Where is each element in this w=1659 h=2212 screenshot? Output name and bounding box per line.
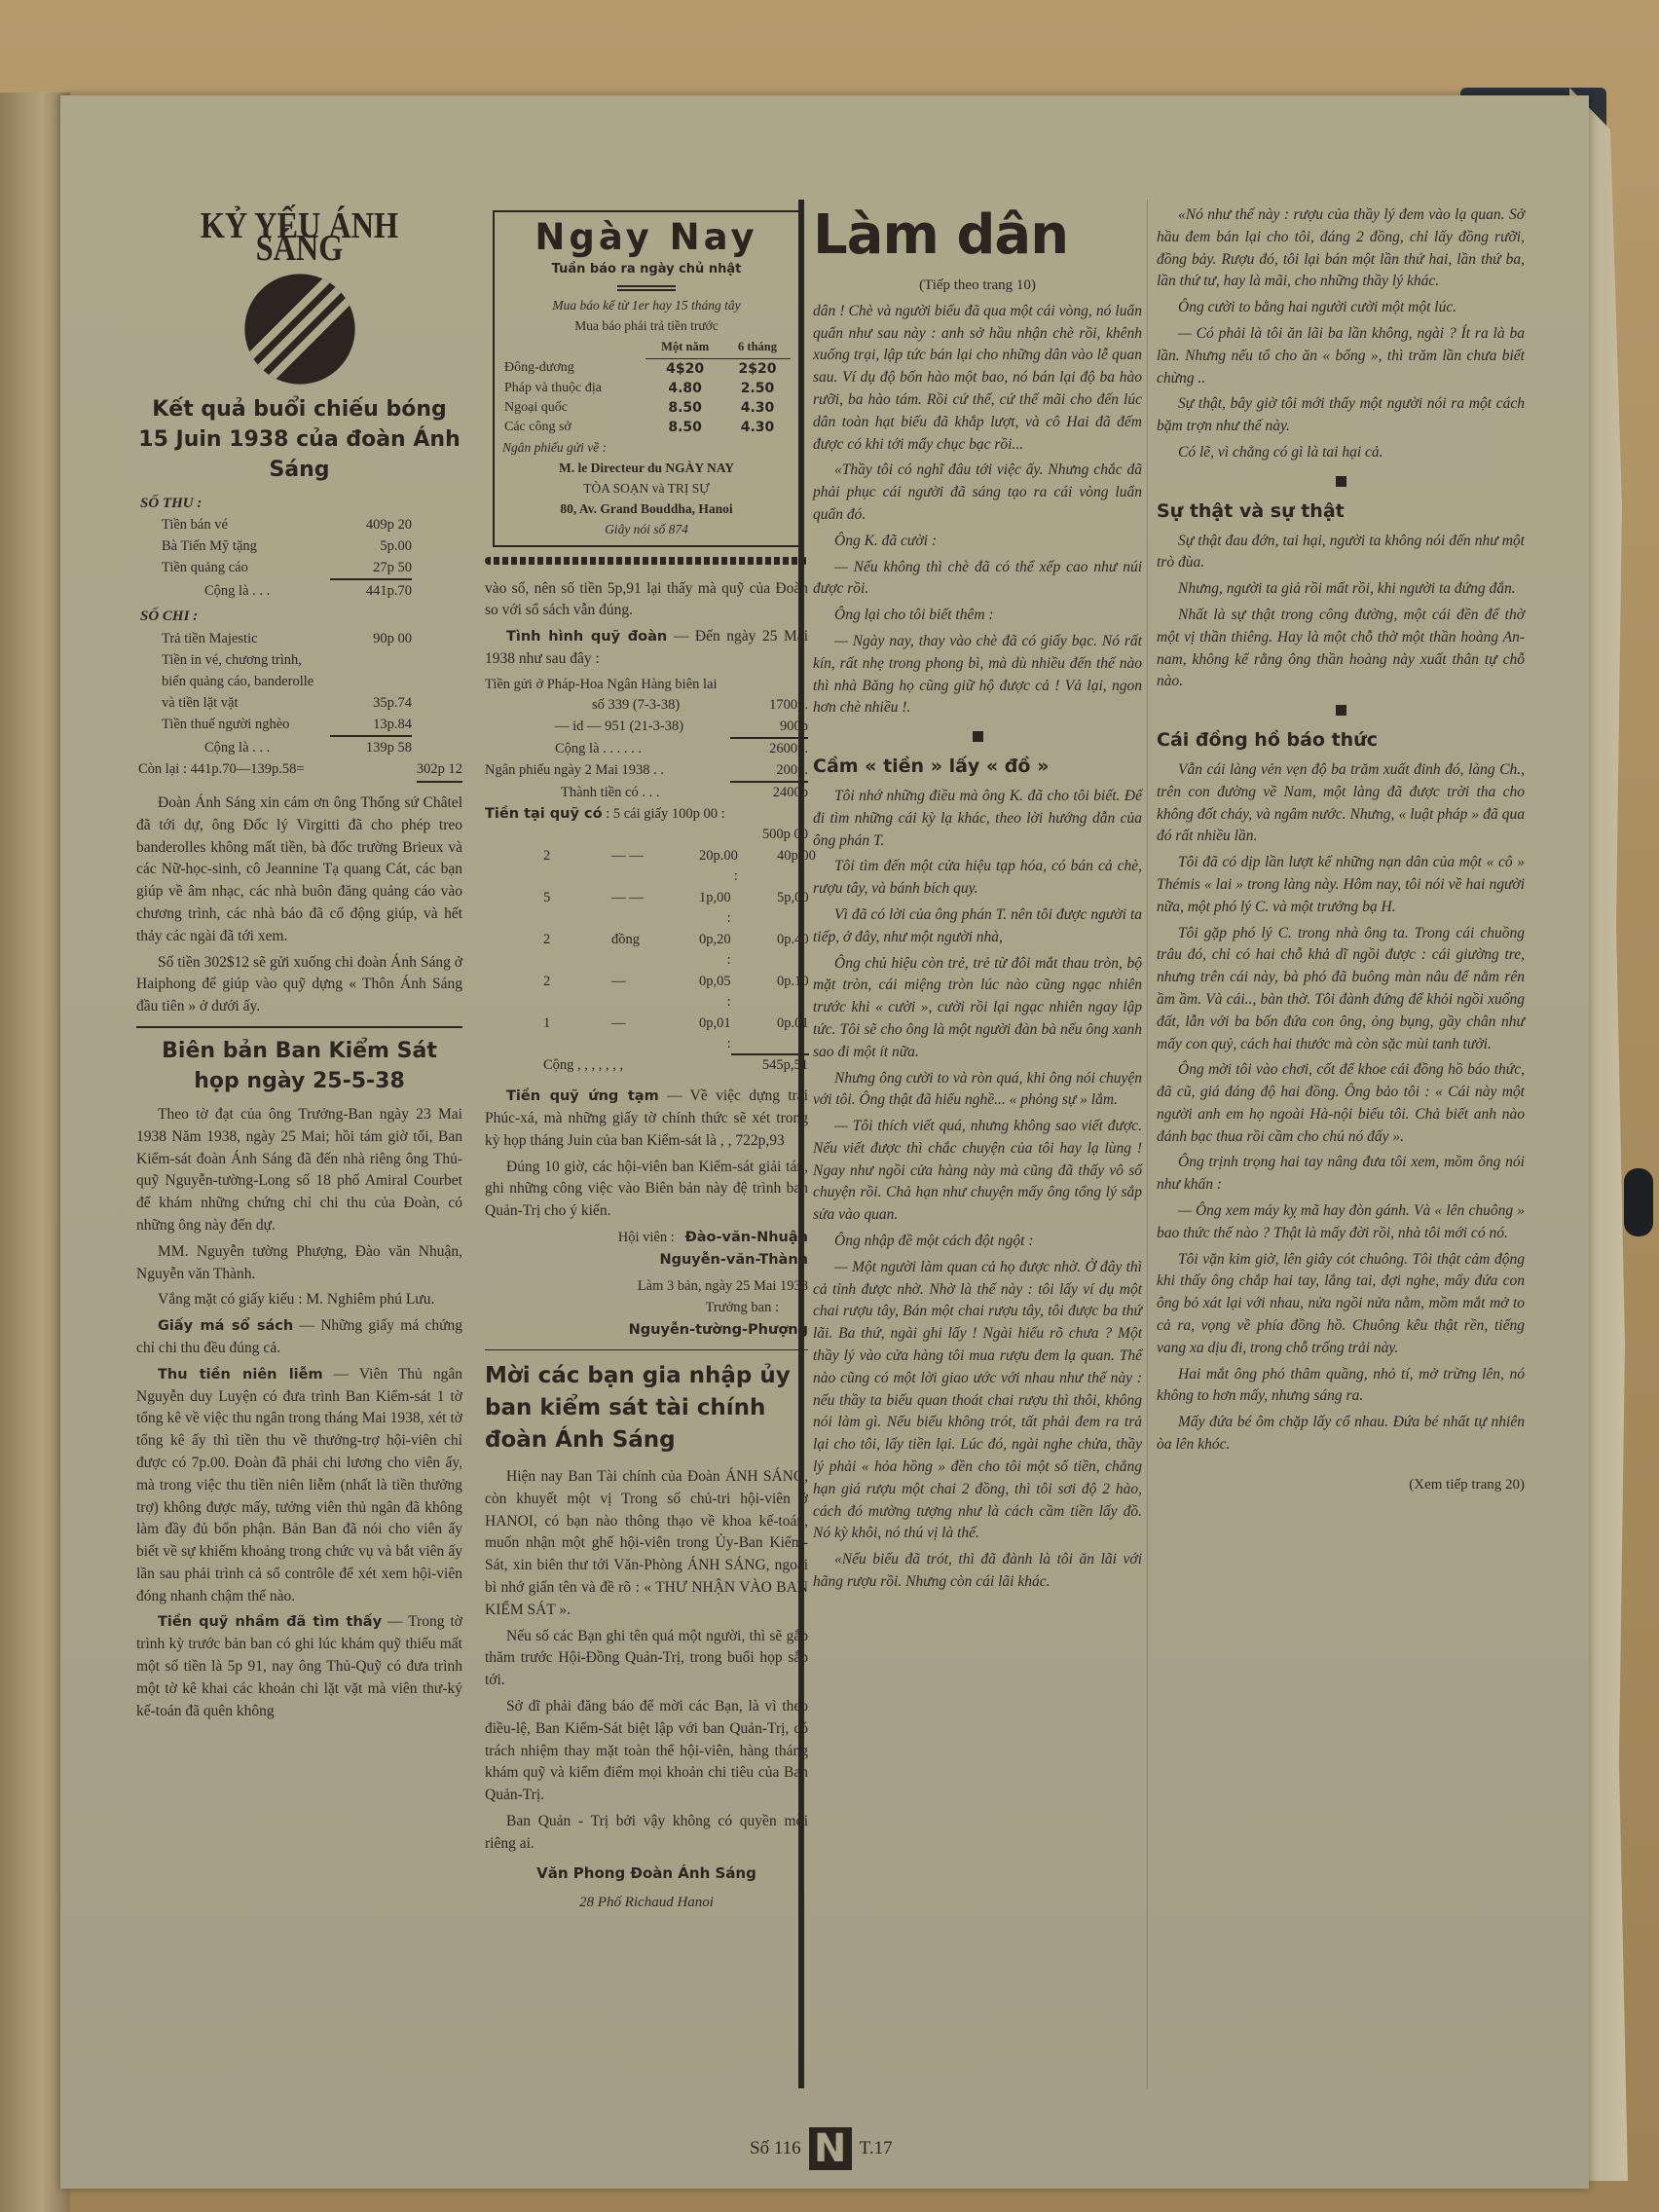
article-paragraph: — Ông xem máy kỵ mã hay đòn gánh. Và « l… [1157, 1200, 1525, 1245]
cash-qty: 1 [543, 1014, 611, 1055]
ledger-label: Thành tiền có . . . [561, 783, 659, 804]
expense-row: Tiền in vé, chương trình, [136, 649, 462, 671]
article-paragraph: Sự thật, bây giờ tôi mới thấy một người … [1157, 393, 1525, 438]
invite-paragraph: Hiện nay Ban Tài chính của Đoàn ÁNH SÁNG… [485, 1466, 808, 1622]
receipt-row: Bà Tiến Mỹ tặng5p.00 [136, 535, 462, 557]
cash-kind: — [611, 1014, 699, 1055]
page-footer: Số 116 N T.17 [750, 2127, 893, 2170]
price-year: 8.50 [645, 398, 724, 418]
cash-unit: 20p.00 : [699, 846, 738, 888]
expense-label: và tiền lặt vặt [162, 692, 239, 714]
remaining-label: Còn lại : 441p.70—139p.58= [138, 758, 305, 783]
ledger-row: Ngân phiếu ngày 2 Mai 1938 . .200p. [485, 760, 808, 784]
ledger-label: Cộng là . . . . . . [555, 739, 642, 760]
continued-text: vào sổ, nên số tiền 5p,91 lại thấy mà qu… [485, 578, 808, 623]
ledger-row: số 339 (7-3-38)1700p. [485, 695, 808, 717]
price-row: Pháp và thuộc địa4.802.50 [502, 379, 791, 398]
ledger-row: — id — 951 (21-3-38)900p [485, 717, 808, 740]
minutes-paragraph: MM. Nguyễn tường Phượng, Đào văn Nhuận, … [136, 1241, 462, 1286]
column-ky-yeu-anh-sang: KỶ YẾU ÁNH SÁNG Kết quả buổi chiếu bóng … [136, 209, 462, 1726]
article-paragraph: Ông cười to bằng hai người cười một một … [1157, 297, 1525, 319]
expense-amount: 13p.84 [330, 714, 412, 737]
report-title: Kết quả buổi chiếu bóng 15 Juin 1938 của… [136, 394, 462, 485]
column-lam-dan: Làm dân (Tiếp theo trang 10) dân ! Chè v… [813, 204, 1142, 1598]
expense-row: và tiền lặt vặt35p.74 [136, 692, 462, 714]
ad-divider [617, 285, 676, 291]
ngay-nay-subscription-ad: Ngày Nay Tuần báo ra ngày chủ nhật Mua b… [493, 210, 800, 547]
cash-total: 0p.01 [731, 1014, 809, 1055]
member-name: Nguyễn-văn-Thành [485, 1248, 808, 1272]
ad-subtitle: Tuần báo ra ngày chủ nhật [502, 259, 791, 281]
ledger-amount: 2600p. [730, 739, 808, 760]
cash-header: Tiền tại quỹ có : 5 cái giấy 100p 00 : [485, 804, 808, 826]
dues-text: — Viên Thủ ngân Nguyễn duy Luyện có đưa … [136, 1366, 462, 1604]
article-paragraph: — Ngày nay, thay vào chè đã có giấy bạc.… [813, 631, 1142, 719]
price-col-header: Một năm [645, 336, 724, 358]
ledger-row: Thành tiền có . . .2400p [485, 783, 808, 804]
deposit-intro: Tiền gửi ở Pháp-Hoa Ngân Hàng biên lai [485, 675, 808, 696]
ledger-amount: 2400p [730, 783, 808, 804]
invite-title: Mời các bạn gia nhập ủy ban kiểm sát tài… [485, 1360, 808, 1456]
expense-amount [330, 649, 412, 671]
continued-from: (Tiếp theo trang 10) [813, 275, 1142, 297]
ledger-amount: 900p [730, 717, 808, 740]
cash-total: 5p,00 [731, 888, 809, 930]
ad-send-label: Ngân phiếu gửi về : [502, 437, 791, 458]
expense-amount [330, 671, 412, 692]
dues-paragraph: Thu tiền niên liễm — Viên Thủ ngân Nguyễ… [136, 1364, 462, 1608]
minutes-title: Biên bản Ban Kiểm Sát họp ngày 25-5-38 [136, 1036, 462, 1096]
thanks-paragraph: Đoàn Ánh Sáng xin cám ơn ông Thống sứ Ch… [136, 793, 462, 948]
close-paragraph: Đúng 10 giờ, các hội-viên ban Kiểm-sát g… [485, 1157, 808, 1223]
price-header-row: Một năm6 tháng [502, 336, 791, 358]
price-region: Các công sở [502, 418, 645, 437]
section-separator [1336, 705, 1346, 716]
article-paragraph: Vẫn cái làng vẻn vẹn độ ba trăm xuất đin… [1157, 759, 1525, 848]
ad-line: Mua báo kể từ 1er hay 15 tháng tây [502, 295, 791, 315]
price-region: Pháp và thuộc địa [502, 379, 645, 398]
expense-label: biển quảng cáo, banderolle [162, 671, 313, 692]
price-year: 4$20 [645, 358, 724, 379]
wavy-divider [485, 557, 808, 565]
column-lam-dan-continued: «Nó như thế này : rượu của thầy lý đem v… [1157, 204, 1525, 1496]
remaining-balance: Còn lại : 441p.70—139p.58=302p 12 [136, 758, 462, 783]
price-half: 2$20 [724, 358, 791, 379]
expense-row: Tiền thuế người nghèo13p.84 [136, 714, 462, 737]
expenses-list: Trả tiền Majestic90p 00 Tiền in vé, chươ… [136, 628, 462, 758]
article-paragraph: — Nếu không thì chè đã có thể xếp cao nh… [813, 557, 1142, 602]
section-title: Sự thật và sự thật [1157, 500, 1525, 523]
section-separator [973, 731, 983, 742]
expense-amount: 35p.74 [330, 692, 412, 714]
cash-row: 2— —20p.00 :40p,00 [485, 846, 808, 888]
expense-label: Trả tiền Majestic [162, 628, 258, 649]
ad-line: Mua báo phải trả tiền trước [502, 315, 791, 336]
section-title: Cái đồng hồ báo thức [1157, 729, 1525, 752]
ledger-label: số 339 (7-3-38) [592, 695, 680, 717]
article-paragraph: Ông chủ hiệu còn trẻ, trẻ từ đôi mắt tha… [813, 953, 1142, 1064]
cash-qty: 2 [543, 930, 611, 972]
binder-clip [1624, 1168, 1653, 1236]
cash-total-row: Cộng , , , , , , ,545p,51 [485, 1055, 808, 1077]
article-title: Làm dân [813, 206, 1142, 265]
price-region: Ngoại quốc [502, 398, 645, 418]
article-paragraph: «Thầy tôi có nghĩ đâu tới việc ấy. Nhưng… [813, 460, 1142, 526]
column-rule [798, 200, 804, 2088]
expense-label: Tiền in vé, chương trình, [162, 649, 302, 671]
article-paragraph: «Nếu biếu đã trót, thì đã đành là tôi ăn… [813, 1549, 1142, 1594]
article-paragraph: Tôi tìm đến một cửa hiệu tạp hóa, có bán… [813, 856, 1142, 901]
dues-runin: Thu tiền niên liễm [158, 1367, 323, 1382]
cash-total: 0p.40 [731, 930, 809, 972]
cash-unit: 0p,05 : [699, 972, 731, 1014]
article-paragraph: Vì đã có lời của ông phán T. nên tôi đượ… [813, 904, 1142, 949]
cash-row: 5— —1p,00 :5p,00 [485, 888, 808, 930]
cash-first-total: 500p 00 [485, 825, 808, 846]
issue-number: Số 116 [750, 2138, 801, 2159]
expense-row: biển quảng cáo, banderolle [136, 671, 462, 692]
article-paragraph: dân ! Chè và người biếu đã qua một cái v… [813, 301, 1142, 457]
cash-total: 0p.10 [731, 972, 809, 1014]
price-col-header: 6 tháng [724, 336, 791, 358]
cash-first: : 5 cái giấy 100p 00 : [606, 806, 724, 822]
receipts-label: SỐ THU : [140, 493, 462, 515]
cash-qty: 2 [543, 972, 611, 1014]
total-label: Cộng là . . . [204, 737, 270, 758]
column-fund-report: Ngày Nay Tuần báo ra ngày chủ nhật Mua b… [485, 204, 808, 1914]
expense-amount: 90p 00 [330, 628, 412, 649]
expense-label: Tiền thuế người nghèo [162, 714, 289, 737]
office-signature: Văn Phong Đoàn Ánh Sáng [485, 1862, 808, 1885]
remaining-amount: 302p 12 [417, 758, 462, 783]
price-row: Các công sở8.504.30 [502, 418, 791, 437]
article-paragraph: Hai mắt ông phó thâm quầng, nhỏ tí, mở t… [1157, 1364, 1525, 1409]
cash-list: 2— —20p.00 :40p,00 5— —1p,00 :5p,00 2đồn… [485, 846, 808, 1077]
divider [485, 1349, 808, 1350]
receipts-total-row: Cộng là . . .441p.70 [136, 580, 462, 602]
price-half: 4.30 [724, 398, 791, 418]
minutes-paragraph: Theo tờ đạt của ông Trưởng-Ban ngày 23 M… [136, 1104, 462, 1237]
ad-title: Ngày Nay [502, 216, 791, 259]
section-masthead: KỶ YẾU ÁNH SÁNG [161, 215, 438, 260]
ad-director: M. le Directeur du NGÀY NAY [502, 458, 791, 478]
members-label: Hội viên : [618, 1230, 675, 1245]
divider [136, 1026, 462, 1028]
article-paragraph: Ông trịnh trọng hai tay nâng đưa tôi xem… [1157, 1152, 1525, 1197]
article-paragraph: Tôi gặp phó lý C. trong nhà ông ta. Tron… [1157, 923, 1525, 1056]
invite-paragraph: Sở dĩ phải đăng báo để mời các Bạn, là v… [485, 1696, 808, 1807]
article-paragraph: Nhất là sự thật trong công đường, một cá… [1157, 605, 1525, 693]
article-paragraph: Sự thật đau đớn, tai hại, người ta không… [1157, 531, 1525, 575]
receipt-amount: 27p 50 [330, 557, 412, 580]
ledger-row: Cộng là . . . . . .2600p. [485, 739, 808, 760]
found-runin: Tiền quỹ nhầm đã tìm thấy [158, 1614, 382, 1630]
ledger-label: — id — 951 (21-3-38) [555, 717, 683, 740]
price-col-header [502, 336, 645, 358]
members-signature: Hội viên : Đào-văn-Nhuận [485, 1227, 808, 1248]
article-paragraph: Ông K. đã cười : [813, 531, 1142, 553]
chair-name: Nguyễn-tường-Phượng [485, 1318, 808, 1342]
price-half: 4.30 [724, 418, 791, 437]
receipt-label: Tiền bán vé [162, 514, 228, 535]
papers-paragraph: Giấy má sổ sách — Những giấy má chứng ch… [136, 1315, 462, 1360]
cash-runin: Tiền tại quỹ có [485, 806, 603, 822]
article-paragraph: Ông lại cho tôi biết thêm : [813, 605, 1142, 627]
advance-paragraph: Tiền quỹ ứng tạm — Về việc dựng trại Phú… [485, 1086, 808, 1152]
cash-kind: đồng [611, 930, 699, 972]
fund-paragraph: Tình hình quỹ đoàn — Đến ngày 25 Mai 193… [485, 626, 808, 671]
receipts-list: Tiền bán vé409p 20 Bà Tiến Mỹ tặng5p.00 … [136, 514, 462, 602]
fund-runin: Tình hình quỹ đoàn [506, 629, 667, 645]
expenses-label: SỐ CHI : [140, 606, 462, 628]
advance-runin: Tiền quỹ ứng tạm [506, 1088, 659, 1104]
made-date: Làm 3 bản, ngày 25 Mai 1938 [485, 1275, 808, 1297]
cash-kind: — — [611, 846, 699, 888]
article-paragraph: Mấy đứa bé ôm chặp lấy cổ nhau. Đứa bé n… [1157, 1412, 1525, 1456]
section-title: Cầm « tiền » lấy « đồ » [813, 756, 1142, 778]
cash-total-label: Cộng , , , , , , , [543, 1055, 623, 1077]
found-paragraph: Tiền quỹ nhầm đã tìm thấy — Trong tờ trì… [136, 1611, 462, 1722]
deposit-label: Tiền gửi ở Pháp-Hoa Ngân Hàng biên lai [485, 675, 718, 696]
article-paragraph: Tôi đã có dịp lần lượt kể những nạn dân … [1157, 852, 1525, 918]
receipt-amount: 409p 20 [330, 514, 412, 535]
cash-row: 2—0p,05 :0p.10 [485, 972, 808, 1014]
minutes-paragraph: Vắng mặt có giấy kiếu : M. Nghiêm phú Lư… [136, 1289, 462, 1311]
cash-total-amount: 545p,51 [730, 1055, 808, 1077]
receipt-row: Tiền quảng cáo27p 50 [136, 557, 462, 580]
bank-ledger: số 339 (7-3-38)1700p. — id — 951 (21-3-3… [485, 695, 808, 804]
cash-qty: 5 [543, 888, 611, 930]
price-year: 4.80 [645, 379, 724, 398]
total-amount: 139p 58 [330, 737, 412, 758]
page-number: T.17 [860, 2138, 893, 2159]
cash-unit: 0p,20 : [699, 930, 731, 972]
expenses-total-row: Cộng là . . .139p 58 [136, 737, 462, 758]
total-label: Cộng là . . . [204, 580, 270, 602]
total-amount: 441p.70 [330, 580, 412, 602]
article-paragraph: Ông mời tôi vào chơi, cốt để khoe cái đồ… [1157, 1059, 1525, 1148]
cash-unit: 1p,00 : [699, 888, 731, 930]
invite-paragraph: Ban Quản - Trị bởi vậy không có quyền mờ… [485, 1811, 808, 1856]
chair-label: Trưởng ban : [485, 1297, 808, 1318]
article-paragraph: «Nó như thế này : rượu của thầy lý đem v… [1157, 204, 1525, 293]
anh-sang-logo-icon [242, 272, 357, 387]
article-paragraph: Tôi nhớ những điều mà ông K. đã cho tôi … [813, 786, 1142, 852]
invite-paragraph: Nếu số các Bạn ghi tên quá một người, th… [485, 1626, 808, 1692]
article-paragraph: — Có phải là tôi ăn lãi ba lần không, ng… [1157, 323, 1525, 389]
article-paragraph: Ông nhập đề một cách đột ngột : [813, 1231, 1142, 1253]
section-separator [1336, 476, 1346, 487]
ad-address: 80, Av. Grand Bouddha, Hanoi [502, 498, 791, 519]
ad-office: TÒA SOẠN và TRỊ SỰ [502, 478, 791, 498]
cash-row: 1—0p,01 :0p.01 [485, 1014, 808, 1055]
price-year: 8.50 [645, 418, 724, 437]
office-address: 28 Phố Richaud Hanoi [485, 1891, 808, 1914]
cash-unit: 0p,01 : [699, 1014, 731, 1055]
papers-runin: Giấy má sổ sách [158, 1318, 293, 1334]
receipt-row: Tiền bán vé409p 20 [136, 514, 462, 535]
ngay-nay-logo-icon: N [809, 2127, 852, 2170]
article-paragraph: — Một người làm quan cả họ được nhờ. Ở đ… [813, 1257, 1142, 1545]
price-table: Một năm6 tháng Đông-dương4$202$20 Pháp v… [502, 336, 791, 437]
cash-row: 2đồng0p,20 :0p.40 [485, 930, 808, 972]
article-paragraph: Nhưng, người ta giả rồi mất rồi, khi ngư… [1157, 578, 1525, 601]
column-rule-light [1147, 200, 1148, 2088]
member-name: Đào-văn-Nhuận [685, 1230, 808, 1245]
ledger-label: Ngân phiếu ngày 2 Mai 1938 . . [485, 760, 664, 784]
ad-phone: Giây nói số 874 [502, 519, 791, 539]
article-paragraph: — Tôi thích viết quá, nhưng không sao vi… [813, 1116, 1142, 1227]
ledger-amount: 200p. [730, 760, 808, 784]
transfer-paragraph: Số tiền 302$12 sẽ gửi xuống chi đoàn Ánh… [136, 952, 462, 1018]
receipt-amount: 5p.00 [330, 535, 412, 557]
cash-kind: — — [611, 888, 699, 930]
receipt-label: Tiền quảng cáo [162, 557, 248, 580]
price-row: Đông-dương4$202$20 [502, 358, 791, 379]
article-paragraph: Nhưng ông cười to và ròn quá, khi ông nó… [813, 1068, 1142, 1113]
article-paragraph: Có lẽ, vì chẳng có gì là tai hại cả. [1157, 442, 1525, 464]
cash-qty: 2 [543, 846, 611, 888]
continued-on: (Xem tiếp trang 20) [1157, 1474, 1525, 1496]
price-half: 2.50 [724, 379, 791, 398]
ledger-amount: 1700p. [730, 695, 808, 717]
expense-row: Trả tiền Majestic90p 00 [136, 628, 462, 649]
cash-kind: — [611, 972, 699, 1014]
price-region: Đông-dương [502, 358, 645, 379]
article-paragraph: Tôi vặn kim giờ, lên giây cót chuông. Tô… [1157, 1249, 1525, 1360]
price-row: Ngoại quốc8.504.30 [502, 398, 791, 418]
receipt-label: Bà Tiến Mỹ tặng [162, 535, 257, 557]
